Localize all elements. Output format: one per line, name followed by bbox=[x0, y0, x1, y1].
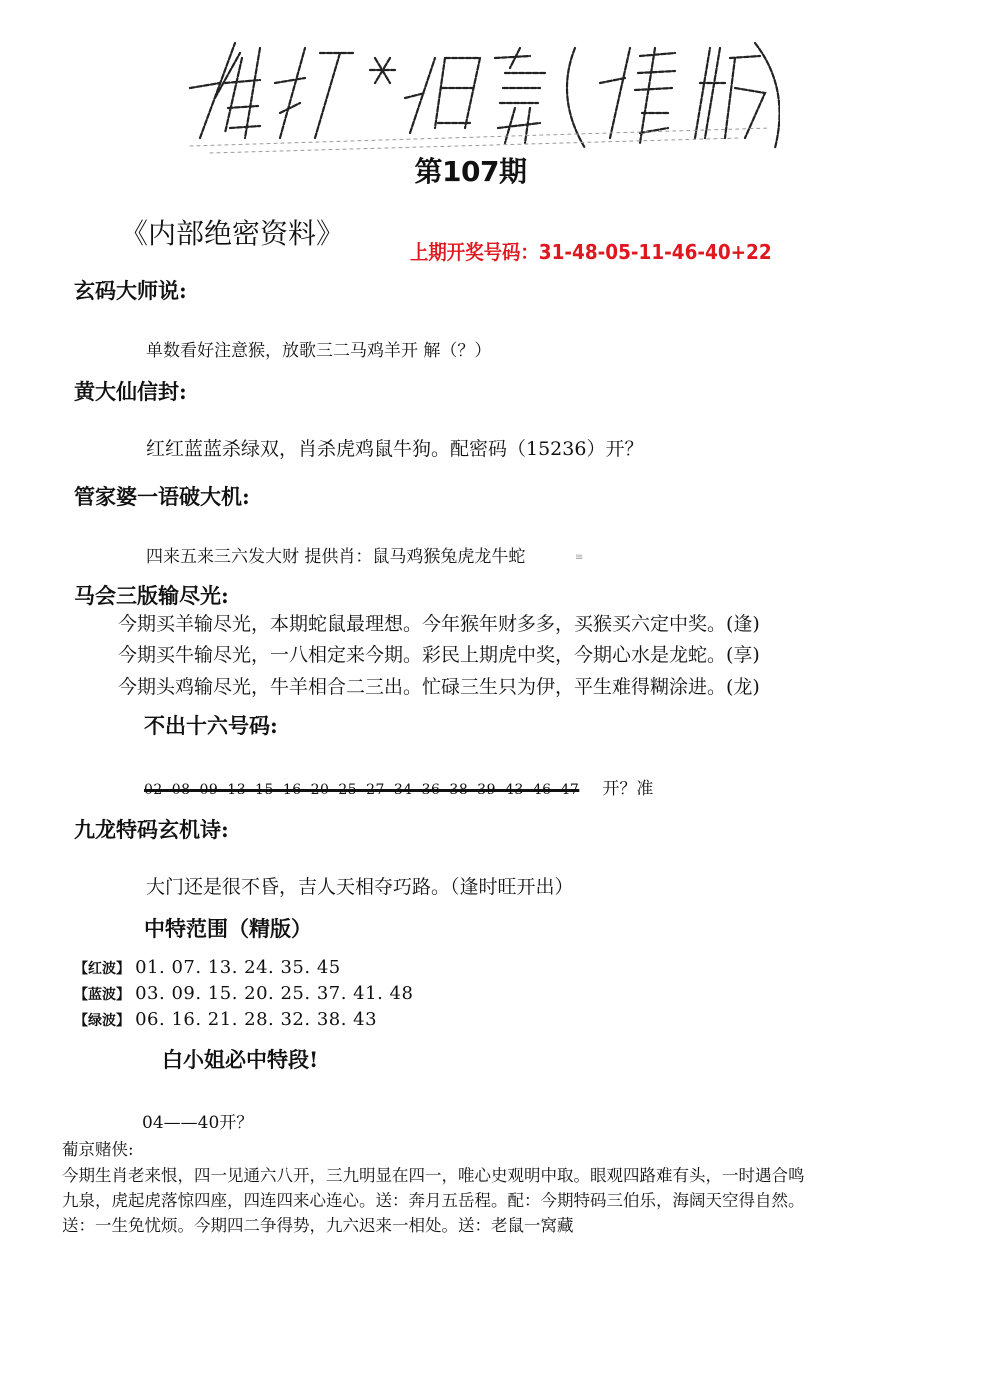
section-heading-baixiaojie: 白小姐必中特段! bbox=[162, 1044, 318, 1074]
banner-art-icon bbox=[180, 28, 780, 158]
wave-row-red: 【红波】 01. 07. 13. 24. 35. 45 bbox=[74, 957, 341, 978]
section-heading-range: 中特范围（精版） bbox=[144, 913, 312, 943]
scan-artifact-mark: ≡ bbox=[575, 552, 583, 563]
document-title: 《内部绝密资料》 bbox=[120, 212, 344, 252]
wave-row-blue: 【蓝波】 03. 09. 15. 20. 25. 37. 41. 48 bbox=[74, 983, 413, 1004]
section-heading-huangdaxian: 黄大仙信封: bbox=[74, 376, 187, 406]
pujing-line-1: 今期生肖老来恨，四一见通六八开，三九明显在四一，唯心史观明中取。眼观四路难有头，… bbox=[62, 1162, 805, 1186]
wave-label-blue: 【蓝波】 bbox=[74, 987, 130, 1003]
section-heading-buchu: 不出十六号码: bbox=[144, 710, 278, 740]
excluded-numbers-row: 02 08 09 13 15 16 20 25 27 34 36 38 39 4… bbox=[144, 774, 653, 799]
section-heading-jiulong: 九龙特码玄机诗: bbox=[74, 814, 229, 844]
pujing-line-2: 九泉，虎起虎落惊四座，四连四来心连心。送：奔月五岳程。配：今期特码三伯乐，海阔天… bbox=[62, 1187, 805, 1211]
section-text-jiulong: 大门还是很不昏，吉人天相夺巧路。（逢时旺开出） bbox=[146, 872, 574, 899]
section-text-baixiaojie: 04——40开？ bbox=[142, 1108, 253, 1133]
section-heading-pujing: 葡京赌侠: bbox=[62, 1136, 134, 1160]
wave-label-green: 【绿波】 bbox=[74, 1013, 130, 1029]
section-heading-xuanma: 玄码大师说: bbox=[74, 275, 187, 305]
wave-numbers-blue: 03. 09. 15. 20. 25. 37. 41. 48 bbox=[135, 983, 413, 1004]
issue-number: 第107期 bbox=[0, 150, 941, 190]
pujing-line-3: 送：一生免忧烦。今期四二争得势，九六迟来一相处。送：老鼠一窝藏 bbox=[62, 1212, 574, 1236]
wave-numbers-green: 06. 16. 21. 28. 32. 38. 43 bbox=[135, 1009, 377, 1030]
section-heading-mahui: 马会三版输尽光: bbox=[74, 580, 229, 610]
excluded-numbers-suffix: 开？准 bbox=[602, 779, 653, 799]
previous-draw-label: 上期开奖号码： bbox=[410, 240, 539, 264]
wave-numbers-red: 01. 07. 13. 24. 35. 45 bbox=[135, 957, 341, 978]
mahui-line-3: 今期头鸡输尽光，牛羊相合二三出。忙碌三生只为伊，平生难得糊涂进。(龙) bbox=[118, 672, 760, 699]
wave-row-green: 【绿波】 06. 16. 21. 28. 32. 38. 43 bbox=[74, 1009, 377, 1030]
section-heading-guanjiapo: 管家婆一语破大机: bbox=[74, 481, 250, 511]
banner-title-graphic bbox=[180, 28, 780, 158]
section-text-huangdaxian: 红红蓝蓝杀绿双，肖杀虎鸡鼠牛狗。配密码（15236）开？ bbox=[146, 434, 643, 461]
excluded-numbers: 02 08 09 13 15 16 20 25 27 34 36 38 39 4… bbox=[144, 782, 579, 798]
section-text-xuanma: 单数看好注意猴，放歌三二马鸡羊开 解（？） bbox=[146, 336, 491, 361]
previous-draw-result: 上期开奖号码：31-48-05-11-46-40+22 bbox=[410, 236, 772, 265]
previous-draw-numbers: 31-48-05-11-46-40+22 bbox=[539, 240, 772, 264]
mahui-line-1: 今期买羊输尽光，本期蛇鼠最理想。今年猴年财多多，买猴买六定中奖。(逢) bbox=[118, 609, 760, 636]
section-text-guanjiapo: 四来五来三六发大财 提供肖：鼠马鸡猴兔虎龙牛蛇 bbox=[146, 542, 525, 567]
mahui-line-2: 今期买牛输尽光，一八相定来今期。彩民上期虎中奖，今期心水是龙蛇。(享) bbox=[118, 640, 760, 667]
wave-label-red: 【红波】 bbox=[74, 961, 130, 977]
